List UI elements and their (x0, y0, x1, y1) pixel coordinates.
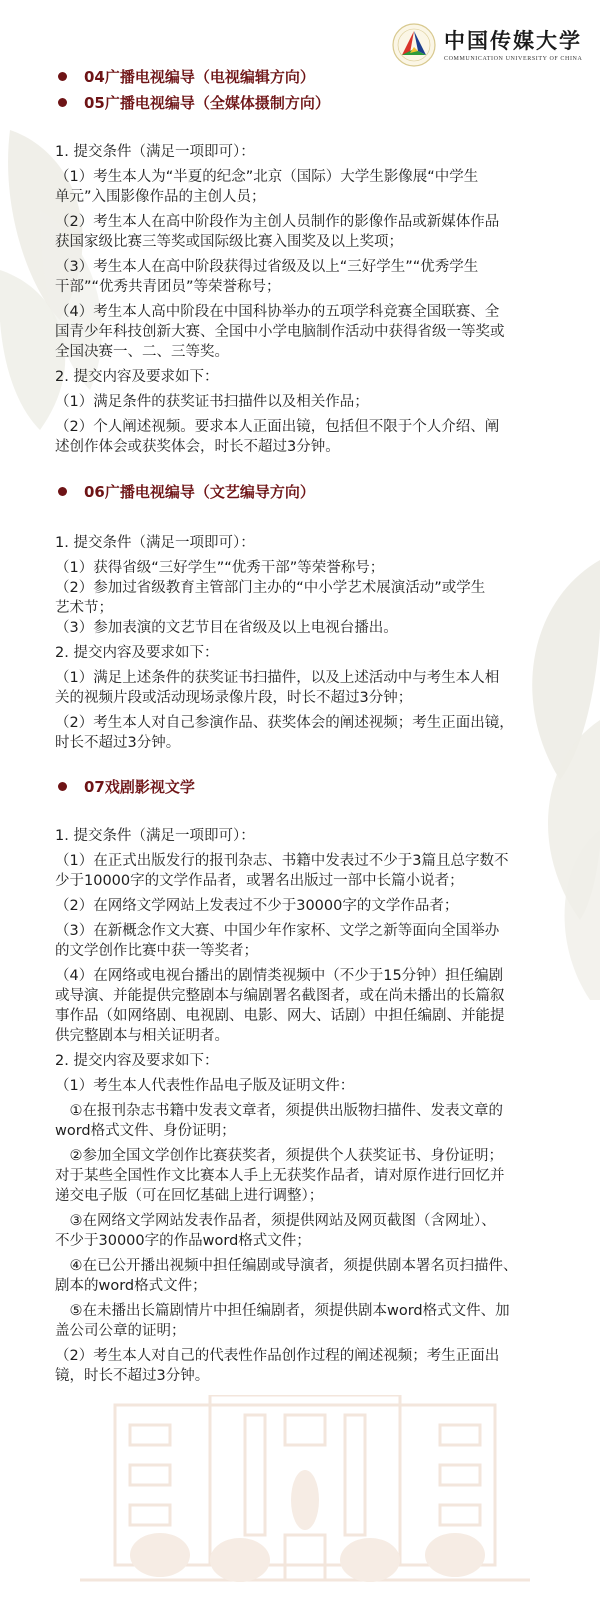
condition-title: 1. 提交条件（满足一项即可）： (55, 826, 545, 846)
condition-title: 1. 提交条件（满足一项即可）： (55, 533, 545, 553)
condition-item: 国青少年科技创新大赛、全国中小学电脑制作活动中获得省级一等奖或 (55, 322, 545, 342)
section-04-05-body: 1. 提交条件（满足一项即可）： （1）考生本人为“半夏的纪念”北京（国际）大学… (55, 142, 545, 457)
requirement-item: 镜，时长不超过3分钟。 (55, 1366, 545, 1386)
condition-item: 全国决赛一、二、三等奖。 (55, 342, 545, 362)
requirement-item: 时长不超过3分钟。 (55, 733, 545, 753)
condition-item: 供完整剧本与相关证明者。 (55, 1026, 545, 1046)
requirement-item: （2）考生本人对自己的代表性作品创作过程的阐述视频；考生正面出 (55, 1346, 545, 1366)
condition-item: （3）参加表演的文艺节目在省级及以上电视台播出。 (55, 618, 545, 638)
bullet-icon (58, 782, 67, 791)
university-emblem-icon (392, 23, 436, 67)
requirement-subitem: 剧本的word格式文件； (55, 1276, 545, 1296)
requirement-subitem: 对于某些全国性作文比赛本人手上无获奖作品者，请对原作进行回忆并 (55, 1166, 545, 1186)
bullet-icon (58, 98, 67, 107)
bullet-icon (58, 487, 67, 496)
condition-item: 或导演、并能提供完整剧本与编剧署名截图者，或在尚未播出的长篇叙 (55, 986, 545, 1006)
requirement-subitem: ③在网络文学网站发表作品者，须提供网站及网页截图（含网址）、 (55, 1211, 545, 1231)
requirement-subitem: 递交电子版（可在回忆基础上进行调整）； (55, 1186, 545, 1206)
section-07-body: 1. 提交条件（满足一项即可）： （1）在正式出版发行的报刊杂志、书籍中发表过不… (55, 826, 545, 1386)
requirement-subitem: ⑤在未播出长篇剧情片中担任编剧者，须提供剧本word格式文件、加 (55, 1301, 545, 1321)
requirement-subitem: 盖公司公章的证明； (55, 1321, 545, 1341)
requirement-item: 关的视频片段或活动现场录像片段，时长不超过3分钟； (55, 688, 545, 708)
condition-item: 少于10000字的文学作品者，或署名出版过一部中长篇小说者； (55, 871, 545, 891)
requirement-item: （1）满足条件的获奖证书扫描件以及相关作品； (55, 392, 545, 412)
condition-title: 1. 提交条件（满足一项即可）： (55, 142, 545, 162)
condition-item: 单元”入围影像作品的主创人员； (55, 187, 545, 207)
section-06-body: 1. 提交条件（满足一项即可）： （1）获得省级“三好学生”“优秀干部”等荣誉称… (55, 533, 545, 753)
condition-item: 的文学创作比赛中获一等奖者； (55, 941, 545, 961)
section-heading-05: 05广播电视编导（全媒体摄制方向） (55, 92, 330, 113)
requirement-subitem: ①在报刊杂志书籍中发表文章者，须提供出版物扫描件、发表文章的 (55, 1101, 545, 1121)
condition-item: 事作品（如网络剧、电视剧、电影、网大、话剧）中担任编剧、并能提 (55, 1006, 545, 1026)
condition-item: （1）考生本人为“半夏的纪念”北京（国际）大学生影像展“中学生 (55, 167, 545, 187)
condition-item: （1）获得省级“三好学生”“优秀干部”等荣誉称号； (55, 558, 545, 578)
section-heading-06: 06广播电视编导（文艺编导方向） (55, 481, 315, 502)
requirement-title: 2. 提交内容及要求如下： (55, 1051, 545, 1071)
condition-item: （2）参加过省级教育主管部门主办的“中小学艺术展演活动”或学生 (55, 578, 545, 598)
condition-item: （4）考生本人高中阶段在中国科协举办的五项学科竞赛全国联赛、全 (55, 302, 545, 322)
requirement-item: 述创作体会或获奖体会，时长不超过3分钟。 (55, 437, 545, 457)
campus-building-watermark (70, 1395, 540, 1595)
condition-item: 干部”“优秀共青团员”等荣誉称号； (55, 277, 545, 297)
condition-item: 艺术节； (55, 598, 545, 618)
condition-item: （1）在正式出版发行的报刊杂志、书籍中发表过不少于3篇且总字数不 (55, 851, 545, 871)
requirement-item: （2）个人阐述视频。要求本人正面出镜，包括但不限于个人介绍、阐 (55, 417, 545, 437)
requirement-subitem: ②参加全国文学创作比赛获奖者，须提供个人获奖证书、身份证明； (55, 1146, 545, 1166)
condition-item: （4）在网络或电视台播出的剧情类视频中（不少于15分钟）担任编剧 (55, 966, 545, 986)
condition-item: （2）在网络文学网站上发表过不少于30000字的文学作品者； (55, 896, 545, 916)
logo-chinese-name: 中国传媒大学 (444, 28, 582, 54)
condition-item: （3）考生本人在高中阶段获得过省级及以上“三好学生”“优秀学生 (55, 257, 545, 277)
requirement-title: 2. 提交内容及要求如下： (55, 367, 545, 387)
section-heading-04: 04广播电视编导（电视编辑方向） (55, 66, 315, 87)
condition-item: （3）在新概念作文大赛、中国少年作家杯、文学之新等面向全国举办 (55, 921, 545, 941)
requirement-item: （1）考生本人代表性作品电子版及证明文件： (55, 1076, 545, 1096)
logo-english-name: COMMUNICATION UNIVERSITY OF CHINA (444, 56, 582, 62)
bullet-icon (58, 72, 67, 81)
requirement-item: （2）考生本人对自己参演作品、获奖体会的阐述视频；考生正面出镜， (55, 713, 545, 733)
condition-item: （2）考生本人在高中阶段作为主创人员制作的影像作品或新媒体作品 (55, 212, 545, 232)
university-logo: 中国传媒大学 COMMUNICATION UNIVERSITY OF CHINA (392, 20, 592, 70)
requirement-title: 2. 提交内容及要求如下： (55, 643, 545, 663)
requirement-subitem: word格式文件、身份证明； (55, 1121, 545, 1141)
requirement-subitem: ④在已公开播出视频中担任编剧或导演者，须提供剧本署名页扫描件、 (55, 1256, 545, 1276)
requirement-subitem: 不少于30000字的作品word格式文件； (55, 1231, 545, 1251)
section-heading-07: 07戏剧影视文学 (55, 776, 195, 797)
condition-item: 获国家级比赛三等奖或国际级比赛入围奖及以上奖项； (55, 232, 545, 252)
requirement-item: （1）满足上述条件的获奖证书扫描件，以及上述活动中与考生本人相 (55, 668, 545, 688)
